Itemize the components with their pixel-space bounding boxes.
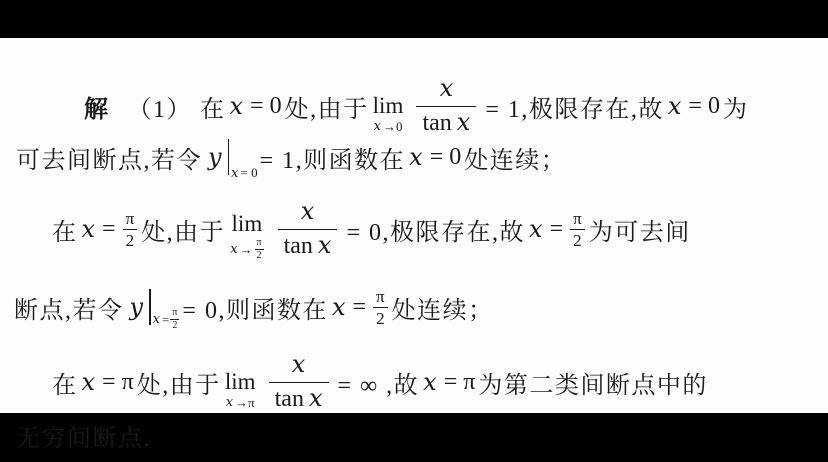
- fraction-numerator: π: [570, 210, 585, 229]
- text-run: 在: [52, 212, 78, 247]
- math-var-x: x: [153, 312, 160, 327]
- text-run: 无穷间断点.: [16, 418, 151, 453]
- eval-subscript: x = 0: [231, 165, 257, 181]
- fraction-denominator: 2: [373, 307, 388, 327]
- tan-function: tan: [275, 387, 304, 412]
- text-run: 处,由于: [137, 365, 221, 400]
- text-run: 处,由于: [141, 212, 225, 247]
- tan-function: tan: [284, 234, 313, 259]
- solution-line-2: 可去间断点,若令 y x = 0 = 1,则函数在 x = 0 处连续；: [16, 134, 566, 180]
- fraction-numerator: x: [288, 352, 310, 381]
- eval-bar: [228, 139, 230, 175]
- text-run: = 0,极限存在,故: [346, 212, 525, 247]
- math-var-x: x: [231, 166, 238, 181]
- eval-y-at-x-0: y x = 0: [204, 139, 258, 175]
- lim-subscript: x →π: [225, 396, 256, 409]
- math-var-x: x: [332, 293, 346, 321]
- fraction-pi-over-2: π 2: [570, 210, 585, 249]
- fraction-pi-over-2: π 2: [170, 308, 179, 331]
- solution-line-5: 在 x = π 处,由于 lim x →π x tan x = ∞ ,故 x =…: [52, 344, 708, 420]
- text-run: 在: [52, 365, 78, 400]
- math-var-x: x: [668, 92, 682, 120]
- fraction-x-over-tan-x: x tan x: [269, 352, 329, 411]
- fraction-denominator: 2: [123, 229, 138, 249]
- lim-word: lim: [373, 94, 404, 117]
- eval-bar: [149, 289, 151, 325]
- math-var-x: x: [301, 197, 315, 225]
- eval-subscript: x = π 2: [153, 308, 181, 331]
- fraction-x-over-tan-x: x tan x: [416, 76, 476, 135]
- limit-x-to-0: lim x →0: [373, 94, 404, 133]
- math-var-x: x: [374, 120, 381, 133]
- equals-sign: =: [353, 294, 367, 321]
- item-number: （1）: [128, 89, 193, 124]
- math-run: →π: [235, 396, 255, 409]
- fraction-numerator: x: [297, 199, 319, 228]
- fraction-pi-over-2: π 2: [255, 238, 264, 261]
- fraction-pi-over-2: π 2: [373, 288, 388, 327]
- lim-word: lim: [225, 370, 256, 393]
- text-run: 处连续；: [392, 290, 494, 325]
- solution-line-4: 断点,若令 y x = π 2 = 0,则函数在 x = π 2: [14, 278, 494, 336]
- math-run: = π: [102, 369, 134, 396]
- math-var-x: x: [230, 92, 244, 120]
- arrow: →: [240, 243, 253, 256]
- fraction-denominator: tan x: [269, 382, 329, 412]
- solution-line-6: 无穷间断点.: [16, 419, 151, 451]
- limit-x-to-pi: lim x →π: [225, 370, 256, 409]
- text-run: = 1,则函数在: [260, 140, 406, 175]
- math-var-x: x: [440, 74, 454, 102]
- math-var-x: x: [82, 215, 96, 243]
- math-var-x: x: [318, 233, 332, 258]
- text-run: 处,由于: [285, 89, 369, 124]
- math-var-y: y: [130, 293, 144, 321]
- solution-line-1: 解 （1） 在 x = 0 处,由于 lim x →0 x tan x: [84, 78, 748, 134]
- limit-x-to-pi-over-2: lim x → π 2: [229, 212, 264, 261]
- math-run: →0: [383, 120, 403, 133]
- math-var-y: y: [208, 143, 222, 171]
- text-run: 在: [200, 89, 226, 124]
- fraction-numerator: π: [373, 288, 388, 307]
- fraction-x-over-tan-x: x tan x: [278, 199, 338, 258]
- fraction-numerator: π: [123, 210, 138, 229]
- equals-sign: =: [102, 216, 116, 243]
- fraction-denominator: 2: [255, 249, 264, 261]
- equals-sign: =: [162, 312, 169, 328]
- lim-subscript: x → π 2: [229, 238, 264, 261]
- fraction-denominator: tan x: [278, 229, 338, 259]
- math-var-x: x: [226, 396, 233, 409]
- fraction-pi-over-2: π 2: [123, 210, 138, 249]
- math-var-x: x: [292, 350, 306, 378]
- fraction-denominator: 2: [570, 229, 585, 249]
- text-run: 可去间断点,若令: [16, 140, 202, 175]
- tan-function: tan: [422, 111, 451, 136]
- fraction-numerator: π: [170, 308, 179, 319]
- equals-sign: =: [550, 216, 564, 243]
- fraction-numerator: π: [255, 238, 264, 249]
- text-run: 处连续；: [464, 140, 566, 175]
- math-var-x: x: [423, 368, 437, 396]
- math-var-x: x: [457, 110, 471, 135]
- solve-label: 解: [84, 89, 110, 124]
- text-run: = ∞ ,故: [338, 365, 420, 400]
- scanned-page: 解 （1） 在 x = 0 处,由于 lim x →0 x tan x: [0, 0, 828, 462]
- math-run: = 0: [250, 93, 282, 120]
- text-run: 为: [723, 89, 749, 124]
- text-run: 为第二类间断点中的: [478, 365, 708, 400]
- math-var-x: x: [409, 143, 423, 171]
- fraction-numerator: x: [436, 76, 458, 105]
- lim-word: lim: [232, 212, 263, 235]
- math-run: = 0: [688, 93, 720, 120]
- math-var-x: x: [230, 243, 237, 256]
- lim-subscript: x →0: [373, 120, 404, 133]
- text-run: = 0,则函数在: [182, 290, 328, 325]
- fraction-denominator: 2: [170, 319, 179, 331]
- text-run: 为可去间: [589, 212, 691, 247]
- eval-y-at-x-pi-over-2: y x = π 2: [126, 289, 181, 325]
- math-run: = 0: [241, 165, 258, 181]
- text-run: = 1,极限存在,故: [485, 89, 664, 124]
- solution-line-3: 在 x = π 2 处,由于 lim x → π 2 x: [52, 191, 691, 267]
- math-run: = π: [444, 369, 476, 396]
- text-run: 断点,若令: [14, 290, 124, 325]
- fraction-denominator: tan x: [416, 106, 476, 136]
- math-run: = 0: [430, 144, 462, 171]
- math-var-x: x: [309, 386, 323, 411]
- math-var-x: x: [529, 215, 543, 243]
- math-var-x: x: [82, 368, 96, 396]
- document-paper: 解 （1） 在 x = 0 处,由于 lim x →0 x tan x: [0, 38, 828, 413]
